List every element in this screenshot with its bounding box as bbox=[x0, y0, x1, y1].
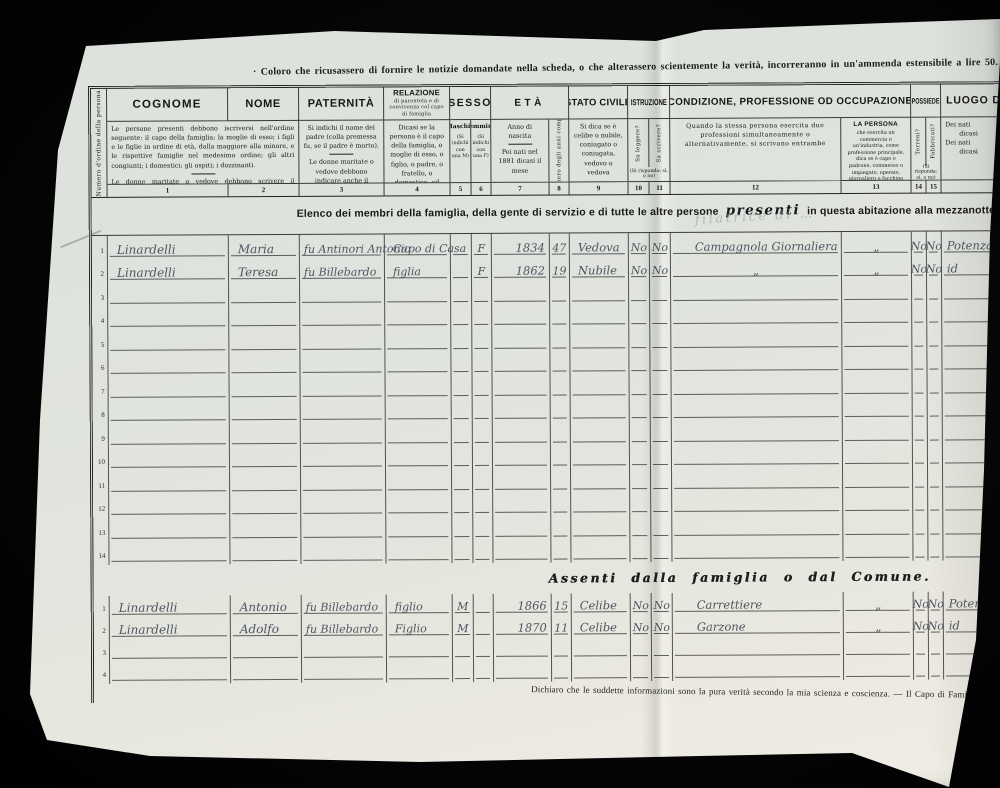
table-cell bbox=[552, 637, 572, 659]
table-cell bbox=[109, 494, 230, 518]
row-number: 3 bbox=[92, 283, 108, 307]
col-number: 4 bbox=[385, 182, 451, 195]
absent-rows: 1LinardelliAntoniofu BillebardofiglioM18… bbox=[94, 591, 1000, 684]
table-cell bbox=[473, 375, 493, 399]
table-cell bbox=[473, 398, 493, 422]
row-number: 2 bbox=[94, 618, 110, 640]
header-paternita: PATERNITÀ bbox=[299, 87, 384, 120]
table-cell bbox=[387, 638, 453, 660]
table-cell bbox=[493, 445, 551, 469]
table-cell bbox=[230, 423, 301, 447]
table-cell bbox=[842, 349, 912, 373]
table-cell bbox=[844, 636, 914, 658]
table-cell bbox=[942, 325, 1000, 349]
table-cell bbox=[452, 469, 473, 493]
table-cell bbox=[843, 537, 913, 561]
anno-desc-text: Anno di nascita bbox=[495, 123, 544, 142]
penalty-notice: · Coloro che ricusassero di fornire le n… bbox=[253, 55, 1000, 79]
table-cell bbox=[673, 658, 844, 681]
possiede-note: (Si risponda: sì, o no) bbox=[911, 166, 940, 180]
table-cell bbox=[473, 539, 493, 563]
paternita-desc-text: Si indichi il nome del padre (colla prem… bbox=[303, 123, 379, 151]
table-cell bbox=[550, 351, 570, 375]
header-cognome: COGNOME bbox=[107, 88, 228, 122]
table-cell bbox=[571, 492, 630, 516]
table-cell bbox=[672, 420, 843, 444]
table-cell bbox=[473, 445, 493, 469]
table-cell bbox=[651, 515, 672, 539]
anni-vertical-label: Numero degli anni compiuti bbox=[556, 119, 562, 181]
table-cell bbox=[230, 493, 301, 517]
table-cell bbox=[472, 328, 492, 352]
table-cell bbox=[230, 470, 301, 494]
table-cell bbox=[451, 328, 472, 352]
table-cell bbox=[473, 492, 493, 516]
desc-la-persona: LA PERSONA che esercita un commercio o u… bbox=[841, 118, 911, 180]
table-cell bbox=[843, 490, 913, 514]
table-cell bbox=[843, 467, 913, 491]
table-cell bbox=[301, 469, 386, 493]
table-cell bbox=[110, 661, 231, 684]
relazione-sublabel: di parentela e di convivenza col capo di… bbox=[386, 98, 447, 117]
present-members-banner: Elenco dei membri della famiglia, della … bbox=[92, 193, 1000, 236]
table-cell bbox=[472, 351, 492, 375]
table-cell: No bbox=[914, 614, 929, 636]
header-istruzione: ISTRUZIONE bbox=[628, 86, 670, 119]
table-cell bbox=[843, 514, 913, 538]
header-condizione: CONDIZIONE, PROFESSIONE OD OCCUPAZIONE bbox=[670, 85, 911, 119]
row-number: 9 bbox=[93, 424, 109, 448]
table-cell bbox=[570, 327, 629, 351]
luogo-desc-line: Dei nati bbox=[945, 139, 970, 148]
table-cell: fu Billebardo bbox=[302, 594, 387, 616]
table-cell: 1866 bbox=[494, 594, 552, 616]
table-cell bbox=[927, 302, 942, 326]
table-cell bbox=[385, 328, 451, 352]
table-cell bbox=[928, 537, 943, 561]
table-cell: figlio bbox=[387, 594, 453, 616]
row-number: 8 bbox=[93, 400, 109, 424]
maschio-note: (Si indichi con una M) bbox=[451, 135, 469, 161]
table-cell: No bbox=[631, 615, 652, 637]
possiede-label: POSSIEDE bbox=[912, 96, 940, 105]
table-cell bbox=[943, 419, 1000, 443]
table-cell bbox=[672, 538, 843, 562]
table-cell bbox=[629, 304, 650, 328]
table-cell bbox=[229, 329, 300, 353]
scan-background: · Coloro che ricusassero di fornire le n… bbox=[0, 0, 1000, 788]
row-number: 4 bbox=[92, 306, 108, 330]
table-cell bbox=[571, 398, 630, 422]
table-cell bbox=[473, 469, 493, 493]
table-cell: Celibe bbox=[572, 615, 631, 637]
header-nome: NOME bbox=[228, 88, 299, 121]
table-cell bbox=[453, 660, 474, 682]
desc-cognome-nome: Le persone presenti debbono iscriversi n… bbox=[107, 121, 299, 184]
table-cell bbox=[913, 396, 928, 420]
table-cell bbox=[230, 446, 301, 470]
table-cell bbox=[842, 302, 912, 326]
table-cell: Carrettiere bbox=[673, 592, 844, 615]
table-cell bbox=[301, 516, 386, 540]
table-cell bbox=[914, 658, 929, 680]
row-number: 4 bbox=[94, 662, 110, 684]
table-cell bbox=[494, 638, 552, 660]
table-cell bbox=[472, 304, 492, 328]
table-cell bbox=[943, 372, 1000, 396]
table-cell bbox=[927, 349, 942, 373]
col-number: 2 bbox=[229, 183, 300, 196]
table-cell: Vedova bbox=[570, 233, 629, 257]
table-cell bbox=[571, 374, 630, 398]
table-cell bbox=[386, 493, 452, 517]
table-cell bbox=[673, 636, 844, 659]
terreni-label: Terreni? bbox=[915, 129, 921, 155]
table-cell: No bbox=[912, 255, 927, 279]
desc-luogo: Dei nati dicasi Dei nati dicasi bbox=[941, 117, 1000, 179]
table-cell: figlia bbox=[385, 258, 451, 282]
table-cell bbox=[300, 328, 385, 352]
col-number: 3 bbox=[300, 182, 385, 195]
col-number: 14 bbox=[912, 180, 927, 193]
table-cell bbox=[651, 397, 672, 421]
table-cell bbox=[493, 422, 551, 446]
col-number: 9 bbox=[570, 181, 629, 194]
table-cell bbox=[942, 278, 1000, 302]
table-cell bbox=[108, 306, 229, 330]
table-cell bbox=[452, 492, 473, 516]
col-number: 8 bbox=[550, 181, 570, 194]
table-cell bbox=[230, 399, 301, 423]
row-number: 14 bbox=[93, 541, 109, 565]
table-cell bbox=[912, 279, 927, 303]
table-cell bbox=[630, 468, 651, 492]
table-cell bbox=[928, 373, 943, 397]
row-number: 13 bbox=[93, 518, 109, 542]
table-cell: 19 bbox=[550, 257, 570, 281]
table-cell: „ bbox=[671, 256, 842, 280]
table-cell bbox=[843, 396, 913, 420]
table-cell bbox=[550, 304, 570, 328]
table-cell: Linardelli bbox=[108, 259, 229, 283]
fabbricati-label: Fabbricati? bbox=[930, 124, 936, 159]
table-cell bbox=[109, 400, 230, 424]
table-cell bbox=[843, 373, 913, 397]
table-cell bbox=[571, 421, 630, 445]
sa-leggere-label: Sa leggere? bbox=[635, 125, 641, 162]
femmina-label: Femmina bbox=[471, 123, 491, 130]
table-cell bbox=[231, 639, 302, 661]
table-cell: F bbox=[472, 234, 492, 258]
row-number: 12 bbox=[93, 494, 109, 518]
table-cell bbox=[451, 351, 472, 375]
table-cell bbox=[671, 303, 842, 327]
table-cell bbox=[386, 516, 452, 540]
row-number: 7 bbox=[93, 377, 109, 401]
col-number: 15 bbox=[927, 180, 942, 193]
table-cell bbox=[671, 350, 842, 374]
table-cell bbox=[928, 443, 943, 467]
desc-possiede: Terreni? Fabbricati? (Si risponda: sì, o… bbox=[911, 118, 941, 180]
table-cell bbox=[492, 304, 550, 328]
table-cell bbox=[630, 421, 651, 445]
banner-text: Elenco dei membri della famiglia, della … bbox=[297, 206, 719, 220]
table-cell bbox=[570, 351, 629, 375]
table-cell bbox=[231, 661, 302, 683]
table-cell: Capo di Casa bbox=[385, 234, 451, 258]
table-cell bbox=[942, 302, 1000, 326]
table-cell bbox=[474, 616, 494, 638]
table-cell bbox=[651, 538, 672, 562]
table-cell: No bbox=[650, 256, 671, 280]
table-cell bbox=[671, 279, 842, 303]
table-cell bbox=[551, 539, 571, 563]
table-cell bbox=[474, 660, 494, 682]
table-cell: No bbox=[629, 257, 650, 281]
table-cell bbox=[928, 467, 943, 491]
maschio-label: Maschio bbox=[450, 123, 471, 130]
desc-femmina: Femmina (Si indichi con una F) bbox=[471, 120, 491, 182]
table-cell bbox=[843, 420, 913, 444]
table-cell bbox=[913, 467, 928, 491]
table-cell bbox=[451, 304, 472, 328]
table-cell bbox=[571, 515, 630, 539]
table-cell: Figlio bbox=[387, 616, 453, 638]
table-cell bbox=[492, 281, 550, 305]
table-cell bbox=[652, 659, 673, 681]
table-cell bbox=[453, 638, 474, 660]
table-cell bbox=[672, 514, 843, 538]
header-sesso: SESSO bbox=[450, 87, 491, 120]
table-cell bbox=[301, 446, 386, 470]
desc-paternita: Si indichi il nome del padre (colla prem… bbox=[299, 120, 384, 182]
table-cell bbox=[929, 636, 944, 658]
present-rows: 1LinardelliMariafu Antinori AntonioCapo … bbox=[92, 231, 1000, 565]
table-cell: 1870 bbox=[494, 616, 552, 638]
table-cell: Potenza bbox=[944, 591, 1000, 613]
table-cell bbox=[109, 376, 230, 400]
istruzione-label: ISTRUZIONE bbox=[631, 97, 667, 107]
row-number: 2 bbox=[92, 259, 108, 283]
sa-scrivere-label: Sa scrivere? bbox=[656, 124, 662, 162]
table-cell bbox=[301, 422, 386, 446]
table-cell bbox=[912, 349, 927, 373]
table-cell bbox=[229, 305, 300, 329]
table-cell bbox=[300, 281, 385, 305]
divider bbox=[191, 173, 215, 174]
table-cell bbox=[571, 539, 630, 563]
table-cell bbox=[631, 637, 652, 659]
table-cell bbox=[944, 635, 1000, 657]
table-cell bbox=[913, 490, 928, 514]
table-cell: Maria bbox=[229, 235, 300, 259]
table-cell bbox=[630, 515, 651, 539]
luogo-desc-line: dicasi bbox=[945, 148, 978, 157]
table-cell bbox=[842, 326, 912, 350]
table-cell bbox=[912, 326, 927, 350]
table-cell bbox=[109, 423, 230, 447]
table-cell: No bbox=[929, 614, 944, 636]
desc-anno-nascita: Anno di nascita Pei nati nel 1881 dicasi… bbox=[491, 120, 549, 182]
table-cell: Teresa bbox=[229, 258, 300, 282]
table-cell bbox=[385, 281, 451, 305]
table-cell bbox=[672, 467, 843, 491]
table-cell bbox=[651, 444, 672, 468]
table-cell bbox=[551, 515, 571, 539]
table-cell: No bbox=[629, 233, 650, 257]
table-cell bbox=[570, 280, 629, 304]
table-cell bbox=[913, 373, 928, 397]
row-number: 11 bbox=[93, 471, 109, 495]
table-cell bbox=[672, 373, 843, 397]
table-cell bbox=[629, 280, 650, 304]
header-eta: ETÀ bbox=[491, 86, 569, 119]
table-cell bbox=[474, 594, 494, 616]
table-cell bbox=[472, 281, 492, 305]
table-cell bbox=[672, 397, 843, 421]
table-cell bbox=[452, 398, 473, 422]
table-cell bbox=[451, 257, 472, 281]
table-cell bbox=[650, 280, 671, 304]
table-cell bbox=[451, 234, 472, 258]
table-cell bbox=[928, 490, 943, 514]
header-possiede: POSSIEDE bbox=[911, 85, 941, 118]
table-cell bbox=[551, 492, 571, 516]
table-cell bbox=[651, 468, 672, 492]
table-cell bbox=[629, 327, 650, 351]
table-cell: Adolfo bbox=[231, 617, 302, 639]
table-cell: „ bbox=[842, 255, 912, 279]
table-cell bbox=[452, 422, 473, 446]
table-cell bbox=[928, 396, 943, 420]
table-cell bbox=[943, 443, 1000, 467]
table-row: 4 bbox=[94, 657, 1000, 684]
table-cell bbox=[230, 376, 301, 400]
table-cell bbox=[301, 493, 386, 517]
table-cell: fu Billebardo bbox=[300, 258, 385, 282]
femmina-note: (Si indichi con una F) bbox=[472, 135, 489, 161]
table-cell: No bbox=[929, 592, 944, 614]
table-cell bbox=[672, 491, 843, 515]
table-cell: fu Antinori Antonio bbox=[300, 234, 385, 258]
table-cell bbox=[913, 514, 928, 538]
table-cell bbox=[928, 420, 943, 444]
table-cell bbox=[230, 540, 301, 564]
table-cell: Campagnola Giornaliera bbox=[671, 232, 842, 256]
table-cell: Nubile bbox=[570, 257, 629, 281]
table-cell bbox=[387, 660, 453, 682]
table-cell bbox=[552, 659, 572, 681]
table-cell bbox=[229, 282, 300, 306]
table-cell bbox=[842, 279, 912, 303]
table-cell bbox=[386, 399, 452, 423]
table-cell: No bbox=[652, 615, 673, 637]
table-cell bbox=[109, 541, 230, 565]
la-persona-desc: che esercita un commercio o un'industria… bbox=[844, 130, 907, 180]
table-cell bbox=[301, 375, 386, 399]
table-cell bbox=[572, 637, 631, 659]
table-cell bbox=[630, 539, 651, 563]
table-cell bbox=[942, 349, 1000, 373]
divider bbox=[329, 154, 353, 155]
table-cell bbox=[493, 398, 551, 422]
table-cell bbox=[571, 468, 630, 492]
table-cell bbox=[927, 279, 942, 303]
table-cell: Linardelli bbox=[110, 595, 231, 618]
numero-vertical-label: Numero d'ordine della persona bbox=[95, 90, 103, 197]
table-cell: No bbox=[927, 232, 942, 256]
table-cell bbox=[386, 422, 452, 446]
table-cell bbox=[943, 396, 1000, 420]
cognome-desc-text: Le persone presenti debbono iscriversi n… bbox=[111, 124, 294, 171]
table-cell: No bbox=[914, 592, 929, 614]
table-cell bbox=[630, 398, 651, 422]
table-cell bbox=[386, 375, 452, 399]
table-row: 14 bbox=[93, 537, 1000, 565]
table-cell bbox=[386, 446, 452, 470]
luogo-desc-line: dicasi bbox=[945, 129, 978, 138]
table-cell bbox=[571, 445, 630, 469]
col-number: 5 bbox=[451, 182, 472, 195]
table-cell bbox=[551, 421, 571, 445]
table-cell bbox=[493, 469, 551, 493]
table-cell bbox=[650, 303, 671, 327]
col-number: 6 bbox=[472, 182, 492, 195]
table-cell: „ bbox=[844, 592, 914, 614]
col-number: 12 bbox=[671, 180, 842, 194]
col-number: 7 bbox=[492, 182, 550, 195]
table-cell bbox=[109, 517, 230, 541]
table-header: Numero d'ordine della persona COGNOME NO… bbox=[91, 84, 1000, 198]
table-cell bbox=[913, 443, 928, 467]
table-cell: id bbox=[944, 613, 1000, 635]
census-form-page: · Coloro che ricusassero di fornire le n… bbox=[0, 0, 1000, 788]
table-cell: Linardelli bbox=[110, 617, 231, 640]
table-cell bbox=[230, 517, 301, 541]
table-cell bbox=[108, 353, 229, 377]
header-stato-civile: STATO CIVILE bbox=[569, 86, 628, 119]
row-number: 6 bbox=[92, 353, 108, 377]
table-cell bbox=[452, 539, 473, 563]
table-cell bbox=[493, 375, 551, 399]
table-cell: Garzone bbox=[673, 614, 844, 637]
anno-desc-text2: Pei nati nel 1881 dicasi il mese bbox=[495, 148, 544, 176]
table-cell bbox=[630, 445, 651, 469]
table-cell bbox=[572, 659, 631, 681]
divider bbox=[508, 144, 532, 145]
desc-istruzione: Sa leggere? Sa scrivere? (Si risponda: s… bbox=[628, 119, 670, 181]
table-cell bbox=[912, 302, 927, 326]
table-cell bbox=[473, 516, 493, 540]
col-number-empty bbox=[942, 179, 1000, 192]
table-cell bbox=[492, 351, 550, 375]
col-number: 13 bbox=[842, 180, 912, 193]
la-persona-label: LA PERSONA bbox=[853, 121, 898, 128]
table-cell bbox=[928, 514, 943, 538]
table-cell bbox=[452, 516, 473, 540]
row-number: 5 bbox=[92, 330, 108, 354]
desc-maschio: Maschio (Si indichi con una M) bbox=[450, 120, 471, 182]
table-cell bbox=[651, 374, 672, 398]
table-cell: „ bbox=[842, 232, 912, 256]
header-luogo: LUOGO D bbox=[941, 84, 1000, 117]
desc-condizione: Quando la stessa persona esercita due pr… bbox=[670, 118, 841, 181]
table-cell: id bbox=[942, 255, 1000, 279]
luogo-desc-line: Dei nati bbox=[945, 120, 970, 129]
table-cell bbox=[229, 352, 300, 376]
banner-text: in questa abitazione alla mezzanotte del… bbox=[807, 204, 1000, 217]
table-cell: M bbox=[453, 594, 474, 616]
